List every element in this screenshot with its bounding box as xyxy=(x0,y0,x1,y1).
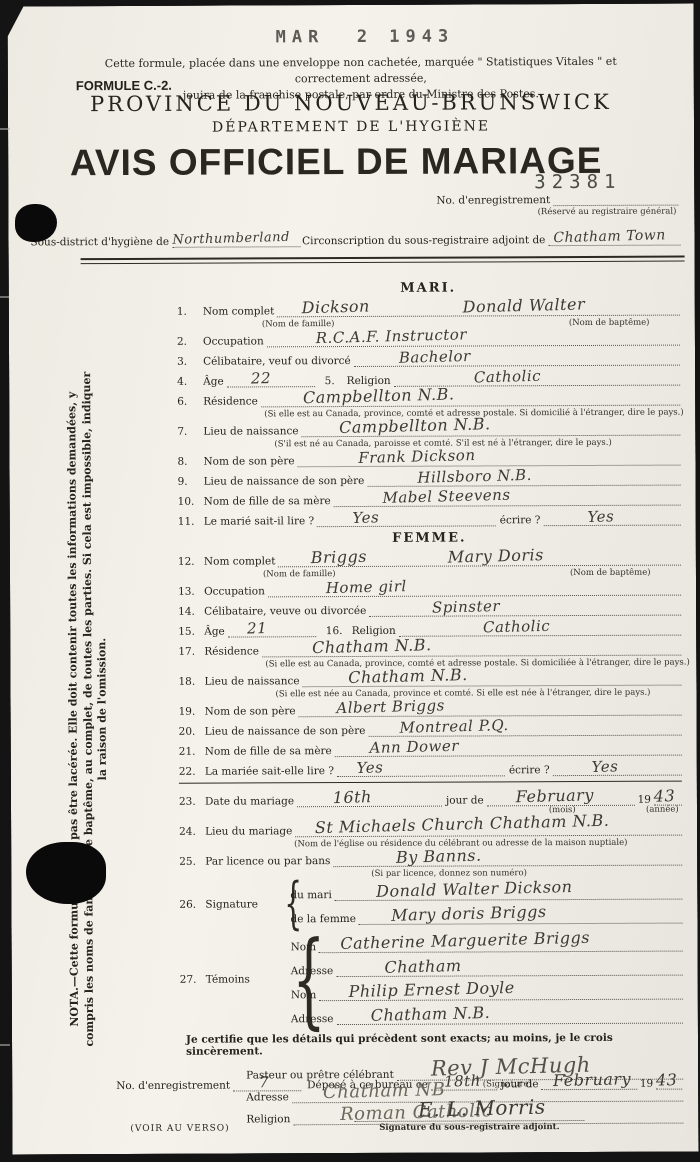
witnesses-rows: Nom Catherine Marguerite Briggs Adresse … xyxy=(291,930,683,1028)
witness1-address-row: Adresse Chatham xyxy=(291,954,683,978)
handwritten-age: 21 xyxy=(247,619,268,638)
handwritten-given-name: Mary Doris xyxy=(447,545,544,566)
mari-row-nom-complet: 1. Nom complet Dickson Donald Walter xyxy=(177,298,680,318)
deposit-day: 18th xyxy=(444,1072,481,1091)
footer-reg-label: No. d'enregistrement xyxy=(116,1080,230,1092)
handwritten-value: Yes xyxy=(587,507,614,526)
field-number: 24. xyxy=(179,826,205,838)
document-page: MAR 2 1943 Cette formule, placée dans un… xyxy=(7,4,698,1155)
field-label: Occupation xyxy=(204,585,265,597)
handwritten-value: Hillsboro N.B. xyxy=(417,466,532,487)
registrar-signature: E. L. Morris xyxy=(418,1094,546,1121)
ink-blot-mark xyxy=(26,842,106,904)
field-line: Ann Dower xyxy=(335,755,682,758)
verso-note: (VOIR AU VERSO) xyxy=(130,1124,229,1134)
field-line: Yes xyxy=(553,775,682,777)
field-number: 6. xyxy=(177,396,203,408)
jour-de-label: jour de xyxy=(501,1078,539,1090)
film-streak xyxy=(0,128,10,130)
handwritten-religion: Catholic xyxy=(483,617,551,637)
handwritten-value: Montreal P.Q. xyxy=(399,716,509,737)
field-number: 17. xyxy=(178,646,204,658)
field-label: Date du mariage xyxy=(205,795,294,807)
field-line: Mabel Steevens xyxy=(334,505,681,508)
field-label: Nom de fille de sa mère xyxy=(204,495,331,508)
witness2-address-row: Adresse Chatham N.B. xyxy=(291,1002,683,1026)
field-label: Lieu de naissance de son père xyxy=(204,475,365,488)
field-line: Yes xyxy=(337,775,505,777)
field-line: Campbellton N.B. xyxy=(302,435,681,438)
field-line: 43 xyxy=(656,1089,682,1090)
field-line: Catherine Marguerite Briggs xyxy=(319,951,683,954)
signature-group: 26. Signature { du mari Donald Walter Di… xyxy=(179,878,682,931)
registration-number-stamp: 32381 xyxy=(534,171,621,193)
signature-group-label: 26. Signature xyxy=(179,879,275,930)
witness2-name: Philip Ernest Doyle xyxy=(348,978,515,1001)
field-line: By Banns. xyxy=(333,865,682,868)
field-label: Le marié sait-il lire ? xyxy=(204,515,314,527)
handwritten-value: Chatham N.B. xyxy=(348,665,468,687)
margin-nota-text: NOTA.—Cette formule ne doit pas être lac… xyxy=(65,370,112,1048)
witness1-name: Catherine Marguerite Briggs xyxy=(340,928,590,953)
circonscription-line: Chatham Town xyxy=(548,245,680,247)
district-row: Sous-district d'hygiène de Northumberlan… xyxy=(30,226,680,249)
brace-glyph: { xyxy=(275,879,290,929)
deposit-month: February xyxy=(553,1069,632,1090)
witnesses-group: 27. Témoins { Nom Catherine Marguerite B… xyxy=(180,930,683,1028)
handwritten-month: February xyxy=(516,785,595,806)
witness1-address: Chatham xyxy=(384,956,461,977)
handwritten-value: Yes xyxy=(352,508,379,527)
registration-number-label: No. d'enregistrement xyxy=(436,194,550,206)
jour-de-label: jour de xyxy=(446,794,484,806)
mari-row-lire-ecrire: 11. Le marié sait-il lire ? Yes écrire ?… xyxy=(178,508,681,528)
field-line: Chatham N.B. xyxy=(336,1023,682,1026)
field-line: Catholic xyxy=(399,635,681,637)
field-line: Donald Walter Dickson xyxy=(335,899,683,902)
field-number: 15. xyxy=(178,626,204,638)
field-number: 11. xyxy=(178,516,204,528)
handwritten-day: 16th xyxy=(333,787,373,807)
marriage-date-row: 23. Date du mariage 16th jour de Februar… xyxy=(179,788,682,808)
field-label: Célibataire, veuve ou divorcée xyxy=(204,605,366,618)
handwritten-family-name: Briggs xyxy=(310,547,367,567)
brace-glyph: { xyxy=(276,932,291,1028)
field-label: Lieu de naissance xyxy=(204,675,299,687)
helper-text: (Si par licence, donnez son numéro) xyxy=(371,868,527,879)
handwritten-family-name: Dickson xyxy=(301,297,370,318)
field-number: 20. xyxy=(179,726,205,738)
district-value: Northumberland xyxy=(172,230,290,248)
husband-signature-label: du mari xyxy=(290,889,331,901)
witness-name-label: Nom xyxy=(291,990,317,1002)
field-number: 19. xyxy=(179,706,205,718)
handwritten-value: Bachelor xyxy=(399,347,471,367)
field-label: Nom complet xyxy=(203,305,275,317)
field-label: Lieu du mariage xyxy=(205,825,292,837)
field-line: 7 xyxy=(233,1090,301,1091)
witnesses-group-label: 27. Témoins xyxy=(180,932,276,1028)
femme-row-residence: 17. Résidence Chatham N.B. xyxy=(178,638,681,658)
femme-row-lieu-naissance: 18. Lieu de naissance Chatham N.B. xyxy=(178,668,681,688)
mari-row-pere: 8. Nom de son père Frank Dickson xyxy=(177,448,680,468)
registration-number-block: 32381 No. d'enregistrement (Réservé au r… xyxy=(436,174,678,218)
field-label: La mariée sait-elle lire ? xyxy=(205,765,334,778)
film-streak xyxy=(0,296,9,298)
form-body: MARI. 1. Nom complet Dickson Donald Walt… xyxy=(177,280,684,1129)
circonscription-label: Circonscription du sous-registraire adjo… xyxy=(302,234,545,247)
year-prefix: 19 xyxy=(640,1078,653,1090)
handwritten-value: Campbellton N.B. xyxy=(302,384,454,407)
femme-row-pere: 19. Nom de son père Albert Briggs xyxy=(179,698,682,718)
femme-row-etat-civil: 14. Célibataire, veuve ou divorcée Spins… xyxy=(178,598,681,618)
field-number: 18. xyxy=(178,676,204,688)
field-line: February xyxy=(542,1089,637,1090)
femme-row-occupation: 13. Occupation Home girl xyxy=(178,578,681,598)
handwritten-value: Albert Briggs xyxy=(336,696,445,717)
handwritten-value: Frank Dickson xyxy=(358,446,476,467)
field-label: Témoins xyxy=(206,974,250,986)
signature-rows: du mari Donald Walter Dickson de la femm… xyxy=(290,878,682,930)
double-rule xyxy=(81,256,685,265)
handwritten-value: By Banns. xyxy=(396,846,482,867)
wife-signature: Mary doris Briggs xyxy=(391,902,547,925)
handwritten-value: Campbellton N.B. xyxy=(339,414,491,437)
handwritten-year: 43 xyxy=(654,786,676,806)
femme-row-mere: 21. Nom de fille de sa mère Ann Dower xyxy=(179,738,682,758)
certification-statement: Je certifie que les détails qui précèden… xyxy=(186,1032,683,1058)
witness-address-label: Adresse xyxy=(291,1013,334,1025)
handwritten-age: 22 xyxy=(251,369,272,388)
field-number: 3. xyxy=(177,356,203,368)
field-number: 1. xyxy=(177,306,203,318)
handwritten-value: Chatham N.B. xyxy=(312,635,432,657)
husband-signature: Donald Walter Dickson xyxy=(376,877,573,901)
registration-number-note: (Réservé au registraire général) xyxy=(436,207,678,218)
handwritten-value: Yes xyxy=(357,758,384,777)
field-number: 5. xyxy=(325,375,347,387)
field-label: Lieu de naissance de son père xyxy=(205,725,366,738)
field-line: Mary doris Briggs xyxy=(359,923,683,925)
field-line: Yes xyxy=(543,525,680,527)
field-number: 16. xyxy=(326,625,352,637)
mari-row-etat-civil: 3. Célibataire, veuf ou divorcé Bachelor xyxy=(177,348,680,368)
handwritten-value: R.C.A.F. Instructor xyxy=(316,325,468,347)
femme-row-lire-ecrire: 22. La mariée sait-elle lire ? Yes écrir… xyxy=(179,758,682,778)
family-name-sublabel: (Nom de famille) xyxy=(263,569,336,579)
field-number: 9. xyxy=(178,476,204,488)
district-label: Sous-district d'hygiène de xyxy=(31,236,170,249)
section-divider xyxy=(179,781,682,784)
handwritten-value: Mabel Steevens xyxy=(382,486,511,507)
field-number: 25. xyxy=(179,856,205,868)
department-heading: DÉPARTEMENT DE L'HYGIÈNE xyxy=(8,118,694,137)
field-line: Yes xyxy=(317,525,496,527)
femme-section-heading: FEMME. xyxy=(178,530,681,550)
witness-address-label: Adresse xyxy=(291,965,334,977)
film-streak xyxy=(0,1044,10,1046)
field-number: 2. xyxy=(177,336,203,348)
field-number: 10. xyxy=(178,496,204,508)
mari-row-lieu-naissance: 7. Lieu de naissance Campbellton N.B. xyxy=(177,418,680,438)
field-label: Nom de son père xyxy=(205,705,296,717)
mari-row-occupation: 2. Occupation R.C.A.F. Instructor xyxy=(177,328,680,348)
handwritten-value: Ann Dower xyxy=(369,737,459,757)
field-number: 8. xyxy=(177,456,203,468)
field-number: 21. xyxy=(179,746,205,758)
field-label: Nom de son père xyxy=(203,455,294,467)
field-label: Religion xyxy=(352,625,396,637)
mari-row-mere: 10. Nom de fille de sa mère Mabel Steeve… xyxy=(178,488,681,508)
field-label: écrire ? xyxy=(500,514,541,526)
witness2-address: Chatham N.B. xyxy=(371,1003,491,1025)
field-line: Hillsboro N.B. xyxy=(367,485,680,487)
field-label: Âge xyxy=(203,376,224,388)
mari-row-residence: 6. Résidence Campbellton N.B. xyxy=(177,388,680,408)
footer-reg-number: 7 xyxy=(258,1073,268,1091)
witness-name-label: Nom xyxy=(291,942,317,954)
field-line: Montreal P.Q. xyxy=(368,735,681,737)
field-label: Lieu de naissance xyxy=(203,425,298,437)
field-line: February (mois) xyxy=(487,805,635,807)
received-date-stamp: MAR 2 1943 xyxy=(276,27,455,48)
field-line: 22 xyxy=(227,386,315,387)
field-label: écrire ? xyxy=(509,764,550,776)
witness2-name-row: Nom Philip Ernest Doyle xyxy=(291,978,683,1002)
field-label: Nom complet xyxy=(204,555,276,567)
field-line: 16th xyxy=(297,806,442,808)
field-number: 26. xyxy=(179,899,205,911)
field-number: 27. xyxy=(180,974,206,986)
handwritten-value: Spinster xyxy=(431,597,500,617)
handwritten-value: Home girl xyxy=(325,577,406,597)
field-label: Célibataire, veuf ou divorcé xyxy=(203,355,351,368)
deposit-year: 43 xyxy=(656,1070,678,1090)
marriage-place-row: 24. Lieu du mariage St Michaels Church C… xyxy=(179,818,682,838)
femme-row-naissance-pere: 20. Lieu de naissance de son père Montre… xyxy=(179,718,682,738)
given-name-sublabel: (Nom de baptême) xyxy=(569,318,650,328)
field-number: 13. xyxy=(178,586,204,598)
field-label: Résidence xyxy=(204,645,259,657)
field-line: 21 xyxy=(228,636,316,637)
husband-signature-row: du mari Donald Walter Dickson xyxy=(290,878,682,902)
field-label: Nom de fille de sa mère xyxy=(205,745,332,758)
marriage-licence-row: 25. Par licence ou par bans By Banns. xyxy=(179,848,682,868)
field-number: 14. xyxy=(178,606,204,618)
mari-row-naissance-pere: 9. Lieu de naissance de son père Hillsbo… xyxy=(178,468,681,488)
field-label: Occupation xyxy=(203,335,264,347)
field-label: Par licence ou par bans xyxy=(205,855,330,868)
field-label: Signature xyxy=(205,899,258,911)
wife-signature-row: de la femme Mary doris Briggs xyxy=(290,902,682,926)
family-name-sublabel: (Nom de famille) xyxy=(262,319,335,329)
field-line: 43 (année) xyxy=(654,805,682,806)
femme-row-nom-complet: 12. Nom complet Briggs Mary Doris xyxy=(178,548,681,568)
field-number: 7. xyxy=(177,426,203,438)
handwritten-given-name: Donald Walter xyxy=(462,294,585,316)
field-line: Philip Ernest Doyle xyxy=(319,999,683,1002)
circonscription-value: Chatham Town xyxy=(553,227,666,246)
province-heading: PROVINCE DU NOUVEAU-BRUNSWICK xyxy=(8,90,694,117)
handwritten-religion: Catholic xyxy=(473,367,541,387)
given-name-sublabel: (Nom de baptême) xyxy=(570,568,651,578)
field-label: Résidence xyxy=(203,395,258,407)
field-label: Âge xyxy=(204,626,225,638)
district-line: Northumberland xyxy=(172,246,300,248)
field-number: 12. xyxy=(178,556,204,568)
field-number: 22. xyxy=(179,766,205,778)
handwritten-value: Yes xyxy=(591,757,618,776)
field-number: 4. xyxy=(177,376,203,388)
field-number: 23. xyxy=(179,796,205,808)
mari-section-heading: MARI. xyxy=(177,280,680,300)
witness1-name-row: Nom Catherine Marguerite Briggs xyxy=(291,930,683,954)
